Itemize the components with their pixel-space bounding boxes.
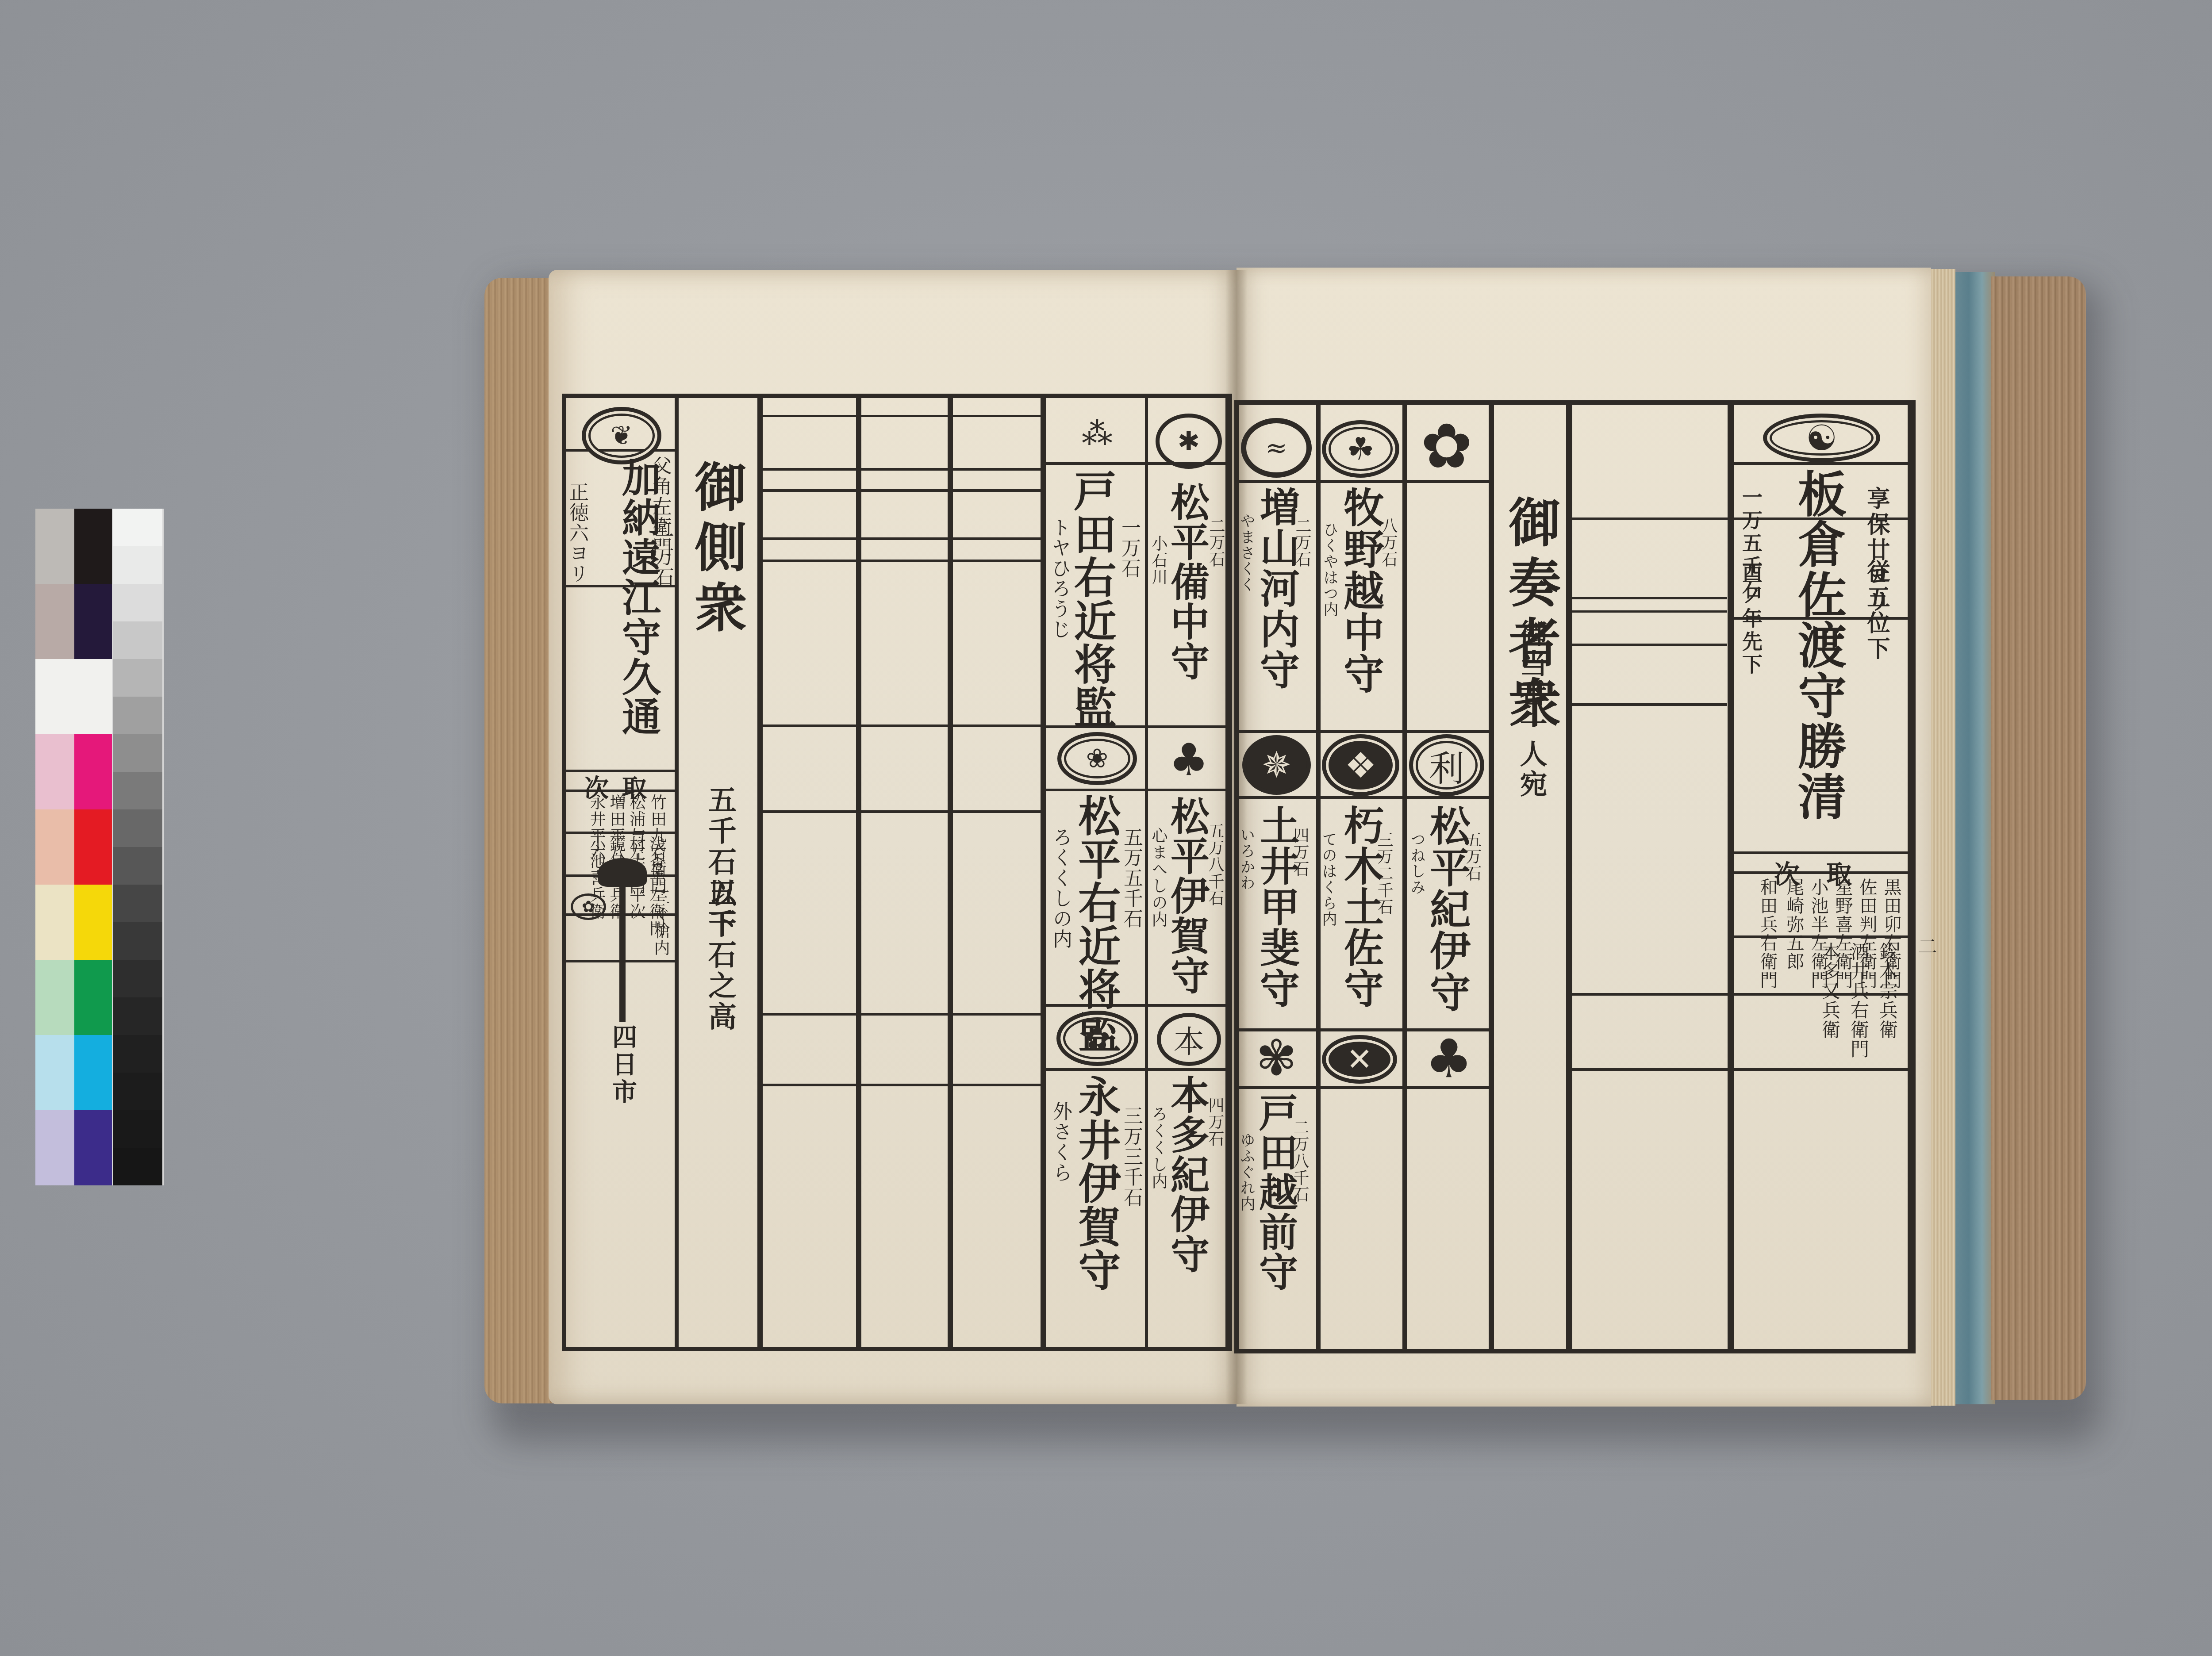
entry-note: ゆふぐれ内 bbox=[1239, 1132, 1254, 1212]
yari-note: 三ぐ槍内 bbox=[653, 889, 668, 956]
entry-note: いろかわ bbox=[1239, 827, 1254, 891]
section-sub2: 五千石之高 bbox=[706, 878, 734, 1033]
color-patch bbox=[35, 734, 75, 809]
entry-name-matsudaira-iga: 松平伊賀守 bbox=[1168, 796, 1207, 995]
entry-stipend: 三万三千石 bbox=[1121, 1106, 1141, 1207]
three-oak-leaves-mon-icon: ☘ bbox=[1322, 420, 1399, 478]
four-diamonds-mon-icon: ❖ bbox=[1322, 734, 1399, 796]
flower-mon-icon: ✿ bbox=[1056, 1011, 1138, 1066]
entry-name-matsudaira-bitchu: 松平備中守 bbox=[1168, 482, 1207, 681]
entry-name-doi: 土井甲斐守 bbox=[1256, 805, 1296, 1008]
entry-stipend: 五万石 bbox=[1464, 832, 1480, 882]
entry-name-itakura: 板倉佐渡守勝清 bbox=[1794, 469, 1843, 822]
color-patch bbox=[74, 885, 112, 960]
ri-character-mon-icon: 利 bbox=[1409, 734, 1484, 796]
blue-cloth-binding bbox=[1951, 272, 1995, 1404]
entry-stipend: 一万石 bbox=[653, 526, 672, 587]
color-patch bbox=[74, 659, 112, 734]
color-patch bbox=[74, 809, 112, 885]
gray-scale-patch bbox=[113, 584, 162, 621]
color-patch bbox=[74, 960, 112, 1035]
color-patch bbox=[74, 1110, 112, 1185]
gray-scale-patch bbox=[113, 509, 162, 546]
retainer-name: 尾崎弥五郎 bbox=[1785, 878, 1803, 971]
entry-stipend: 八万石 bbox=[1380, 517, 1396, 568]
entry-name-mashiyama: 増山河内守 bbox=[1256, 487, 1296, 690]
gray-scale-patch bbox=[113, 1110, 162, 1148]
entry-note: 小石川 bbox=[1150, 535, 1166, 586]
left-fore-edge bbox=[484, 278, 555, 1403]
gray-scale-patch bbox=[113, 697, 162, 734]
color-patch bbox=[74, 734, 112, 809]
entry-name-matsudaira-kii: 松平紀伊守 bbox=[1427, 805, 1467, 1013]
gray-scale-patch bbox=[113, 734, 162, 772]
entry-stipend: 二万石 bbox=[1294, 517, 1310, 568]
crossed-feathers-mon-icon: ✕ bbox=[1322, 1035, 1397, 1084]
hon-character-mon-icon: 本 bbox=[1157, 1013, 1221, 1066]
entry-stipend: 二万石 bbox=[1208, 517, 1224, 568]
lower-note: 四日市 bbox=[611, 1024, 635, 1106]
six-circles-mon-icon: ✾ bbox=[1241, 1031, 1312, 1086]
gray-scale-patch bbox=[113, 1073, 162, 1110]
entry-name-toda-echizen: 戸田越前守 bbox=[1256, 1092, 1295, 1292]
gray-scale-patch bbox=[113, 659, 162, 697]
entry-name-honda: 本多紀伊守 bbox=[1168, 1075, 1207, 1274]
right-fore-edge bbox=[1991, 276, 2086, 1400]
gray-scale-patch bbox=[113, 960, 162, 997]
gray-scale-patch bbox=[113, 997, 162, 1035]
spear-shaft-icon bbox=[619, 885, 626, 1022]
color-patch bbox=[74, 1035, 112, 1110]
entry-since: 正徳六ヨリ bbox=[567, 482, 587, 584]
gray-scale-patch bbox=[113, 546, 162, 584]
entry-note: トヤひろうじ bbox=[1049, 517, 1069, 640]
color-patch bbox=[35, 885, 75, 960]
entry-rank: 従五位下 bbox=[1865, 560, 1888, 662]
entry-stipend: 五万八千石 bbox=[1207, 823, 1223, 907]
section-note: 御当番一人宛 bbox=[1517, 619, 1545, 800]
color-patch bbox=[35, 960, 75, 1035]
entry-note: つねしみ bbox=[1409, 832, 1424, 895]
entry-stipend: 四万石 bbox=[1292, 827, 1308, 878]
gray-scale-patch bbox=[113, 1035, 162, 1073]
color-patch bbox=[35, 509, 75, 584]
entry-name-toda-ukon: 戸田右近将監 bbox=[1071, 469, 1113, 729]
gray-scale-patch bbox=[113, 885, 162, 922]
retainer-name: 本多又兵衛 bbox=[1820, 942, 1839, 1039]
retainer-name: 酒井兵右衛門 bbox=[1849, 942, 1868, 1059]
entry-name-kutsuki: 朽木土佐守 bbox=[1340, 805, 1380, 1008]
color-patch bbox=[35, 809, 75, 885]
retainer-name: 鈴木宗兵衛 bbox=[1878, 942, 1897, 1039]
spear-head-icon bbox=[598, 858, 647, 887]
butterfly-mon-icon: ❀ bbox=[1057, 732, 1137, 785]
wild-geese-mon-icon: ≈ bbox=[1241, 418, 1312, 478]
retainer-name: 和田兵右衛門 bbox=[1759, 878, 1776, 989]
entry-name-nagai: 永井伊賀守 bbox=[1075, 1075, 1118, 1292]
tomoe-mon-icon: ☯ bbox=[1763, 414, 1880, 462]
color-patch bbox=[35, 1035, 75, 1110]
entry-stipend: 三万二千石 bbox=[1376, 832, 1392, 916]
entry-note: ろくくしの内 bbox=[1051, 827, 1070, 949]
color-patch bbox=[35, 659, 75, 734]
entry-note: 心まへしの内 bbox=[1150, 827, 1166, 928]
paulownia-mon-icon: ♣ bbox=[1411, 1031, 1486, 1088]
nine-circles-mon-icon: ⁂ bbox=[1055, 407, 1139, 460]
color-patch bbox=[74, 584, 112, 659]
gray-scale-patch bbox=[113, 1148, 162, 1185]
entry-stipend: 五万五千石 bbox=[1121, 827, 1141, 929]
gray-scale-patch bbox=[113, 847, 162, 885]
color-patch bbox=[35, 1110, 75, 1185]
section-title-osobashu: 御側衆 bbox=[690, 460, 742, 640]
color-patch bbox=[74, 509, 112, 584]
wheel-mon-icon: ✵ bbox=[1242, 735, 1311, 795]
gray-scale-patch bbox=[113, 809, 162, 847]
color-patch bbox=[35, 584, 75, 659]
color-calibration-chart bbox=[35, 509, 164, 1185]
gray-scale-patch bbox=[113, 922, 162, 960]
fan-paulownia-mon-icon: ✱ bbox=[1156, 414, 1222, 469]
entry-note: てのはくら内 bbox=[1321, 832, 1336, 927]
gray-scale-patch bbox=[113, 772, 162, 809]
entry-stipend: 二万八千石 bbox=[1292, 1119, 1308, 1203]
right-page-stack bbox=[1929, 269, 1955, 1406]
entry-stipend: 四万石 bbox=[1207, 1097, 1223, 1147]
gray-scale-patch bbox=[113, 621, 162, 659]
entry-name-makino: 牧野越中守 bbox=[1340, 487, 1381, 694]
entry-note: ひくやはつ内 bbox=[1322, 522, 1337, 617]
entry-note: 外さくら bbox=[1051, 1101, 1070, 1183]
entry-stipend: 一万石 bbox=[1119, 517, 1139, 579]
page-number: 二 bbox=[1918, 931, 1937, 959]
plum-blossom-mon-icon: ✿ bbox=[1409, 416, 1484, 478]
entry-note: ろくくし内 bbox=[1150, 1106, 1166, 1190]
paulownia-mon-icon: ♣ bbox=[1156, 734, 1222, 785]
entry-birth: 酉ノ年先下 bbox=[1741, 562, 1761, 677]
entry-note: やまさくく bbox=[1239, 513, 1254, 593]
flower-mon-icon: ✿ bbox=[571, 893, 606, 920]
